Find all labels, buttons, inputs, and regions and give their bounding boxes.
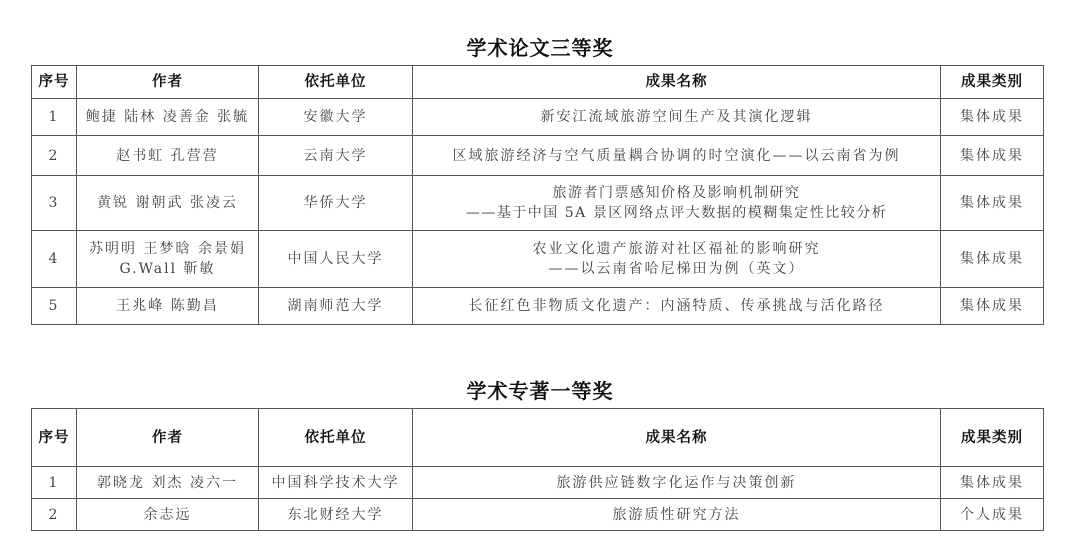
title-line: 旅游供应链数字化运作与决策创新	[417, 473, 936, 493]
header-authors: 作者	[77, 66, 259, 99]
header-category: 成果类别	[941, 409, 1044, 467]
row-unit: 中国科学技术大学	[259, 467, 413, 499]
row-authors: 鲍捷 陆林 凌善金 张毓	[77, 99, 259, 136]
row-category: 集体成果	[941, 467, 1044, 499]
header-unit: 依托单位	[259, 409, 413, 467]
table-row: 2 赵书虹 孔营营 云南大学 区域旅游经济与空气质量耦合协调的时空演化——以云南…	[32, 136, 1044, 176]
author-line: 余志远	[81, 505, 254, 525]
row-unit: 华侨大学	[259, 176, 413, 231]
row-no: 4	[32, 231, 77, 288]
table-row: 5 王兆峰 陈勤昌 湖南师范大学 长征红色非物质文化遗产：内涵特质、传承挑战与活…	[32, 288, 1044, 325]
table-row: 1 郭晓龙 刘杰 凌六一 中国科学技术大学 旅游供应链数字化运作与决策创新 集体…	[32, 467, 1044, 499]
author-line: 苏明明 王梦晗 余景娟	[81, 239, 254, 259]
title-line: 新安江流域旅游空间生产及其演化逻辑	[417, 107, 936, 127]
row-no: 2	[32, 499, 77, 531]
row-unit: 湖南师范大学	[259, 288, 413, 325]
row-title: 区域旅游经济与空气质量耦合协调的时空演化——以云南省为例	[413, 136, 941, 176]
row-unit: 云南大学	[259, 136, 413, 176]
row-title: 旅游供应链数字化运作与决策创新	[413, 467, 941, 499]
author-line: G.Wall 靳敏	[81, 259, 254, 279]
author-line: 赵书虹 孔营营	[81, 146, 254, 166]
table-header-row: 序号 作者 依托单位 成果名称 成果类别	[32, 66, 1044, 99]
header-title: 成果名称	[413, 66, 941, 99]
row-category: 集体成果	[941, 136, 1044, 176]
row-title: 新安江流域旅游空间生产及其演化逻辑	[413, 99, 941, 136]
row-category: 集体成果	[941, 176, 1044, 231]
header-authors: 作者	[77, 409, 259, 467]
row-title: 农业文化遗产旅游对社区福祉的影响研究 ——以云南省哈尼梯田为例（英文）	[413, 231, 941, 288]
title-subline: ——基于中国 5A 景区网络点评大数据的模糊集定性比较分析	[417, 203, 936, 223]
row-no: 1	[32, 467, 77, 499]
monograph-first-prize-table: 序号 作者 依托单位 成果名称 成果类别 1 郭晓龙 刘杰 凌六一 中国科学技术…	[31, 408, 1044, 531]
title-line: 旅游者门票感知价格及影响机制研究	[417, 183, 936, 203]
row-authors: 黄锐 谢朝武 张凌云	[77, 176, 259, 231]
row-no: 3	[32, 176, 77, 231]
title-subline: ——以云南省哈尼梯田为例（英文）	[417, 259, 936, 279]
header-category: 成果类别	[941, 66, 1044, 99]
title-line: 旅游质性研究方法	[417, 505, 936, 525]
table-row: 1 鲍捷 陆林 凌善金 张毓 安徽大学 新安江流域旅游空间生产及其演化逻辑 集体…	[32, 99, 1044, 136]
row-authors: 郭晓龙 刘杰 凌六一	[77, 467, 259, 499]
section-title-monograph-first-prize: 学术专著一等奖	[0, 375, 1080, 404]
title-line: 农业文化遗产旅游对社区福祉的影响研究	[417, 239, 936, 259]
row-unit: 东北财经大学	[259, 499, 413, 531]
table-row: 3 黄锐 谢朝武 张凌云 华侨大学 旅游者门票感知价格及影响机制研究 ——基于中…	[32, 176, 1044, 231]
title-line: 区域旅游经济与空气质量耦合协调的时空演化——以云南省为例	[417, 146, 936, 166]
row-authors: 赵书虹 孔营营	[77, 136, 259, 176]
row-authors: 苏明明 王梦晗 余景娟 G.Wall 靳敏	[77, 231, 259, 288]
row-authors: 余志远	[77, 499, 259, 531]
row-unit: 中国人民大学	[259, 231, 413, 288]
row-unit: 安徽大学	[259, 99, 413, 136]
author-line: 黄锐 谢朝武 张凌云	[81, 193, 254, 213]
row-no: 2	[32, 136, 77, 176]
table-header-row: 序号 作者 依托单位 成果名称 成果类别	[32, 409, 1044, 467]
row-title: 长征红色非物质文化遗产：内涵特质、传承挑战与活化路径	[413, 288, 941, 325]
section-title-paper-third-prize: 学术论文三等奖	[0, 32, 1080, 61]
table-row: 4 苏明明 王梦晗 余景娟 G.Wall 靳敏 中国人民大学 农业文化遗产旅游对…	[32, 231, 1044, 288]
header-no: 序号	[32, 66, 77, 99]
row-authors: 王兆峰 陈勤昌	[77, 288, 259, 325]
author-line: 王兆峰 陈勤昌	[81, 296, 254, 316]
header-title: 成果名称	[413, 409, 941, 467]
row-title: 旅游者门票感知价格及影响机制研究 ——基于中国 5A 景区网络点评大数据的模糊集…	[413, 176, 941, 231]
author-line: 鲍捷 陆林 凌善金 张毓	[81, 107, 254, 127]
header-unit: 依托单位	[259, 66, 413, 99]
row-category: 集体成果	[941, 231, 1044, 288]
header-no: 序号	[32, 409, 77, 467]
author-line: 郭晓龙 刘杰 凌六一	[81, 473, 254, 493]
row-category: 集体成果	[941, 99, 1044, 136]
row-category: 个人成果	[941, 499, 1044, 531]
row-category: 集体成果	[941, 288, 1044, 325]
row-title: 旅游质性研究方法	[413, 499, 941, 531]
row-no: 1	[32, 99, 77, 136]
paper-third-prize-table: 序号 作者 依托单位 成果名称 成果类别 1 鲍捷 陆林 凌善金 张毓 安徽大学…	[31, 65, 1044, 325]
table-row: 2 余志远 东北财经大学 旅游质性研究方法 个人成果	[32, 499, 1044, 531]
row-no: 5	[32, 288, 77, 325]
title-line: 长征红色非物质文化遗产：内涵特质、传承挑战与活化路径	[417, 296, 936, 316]
